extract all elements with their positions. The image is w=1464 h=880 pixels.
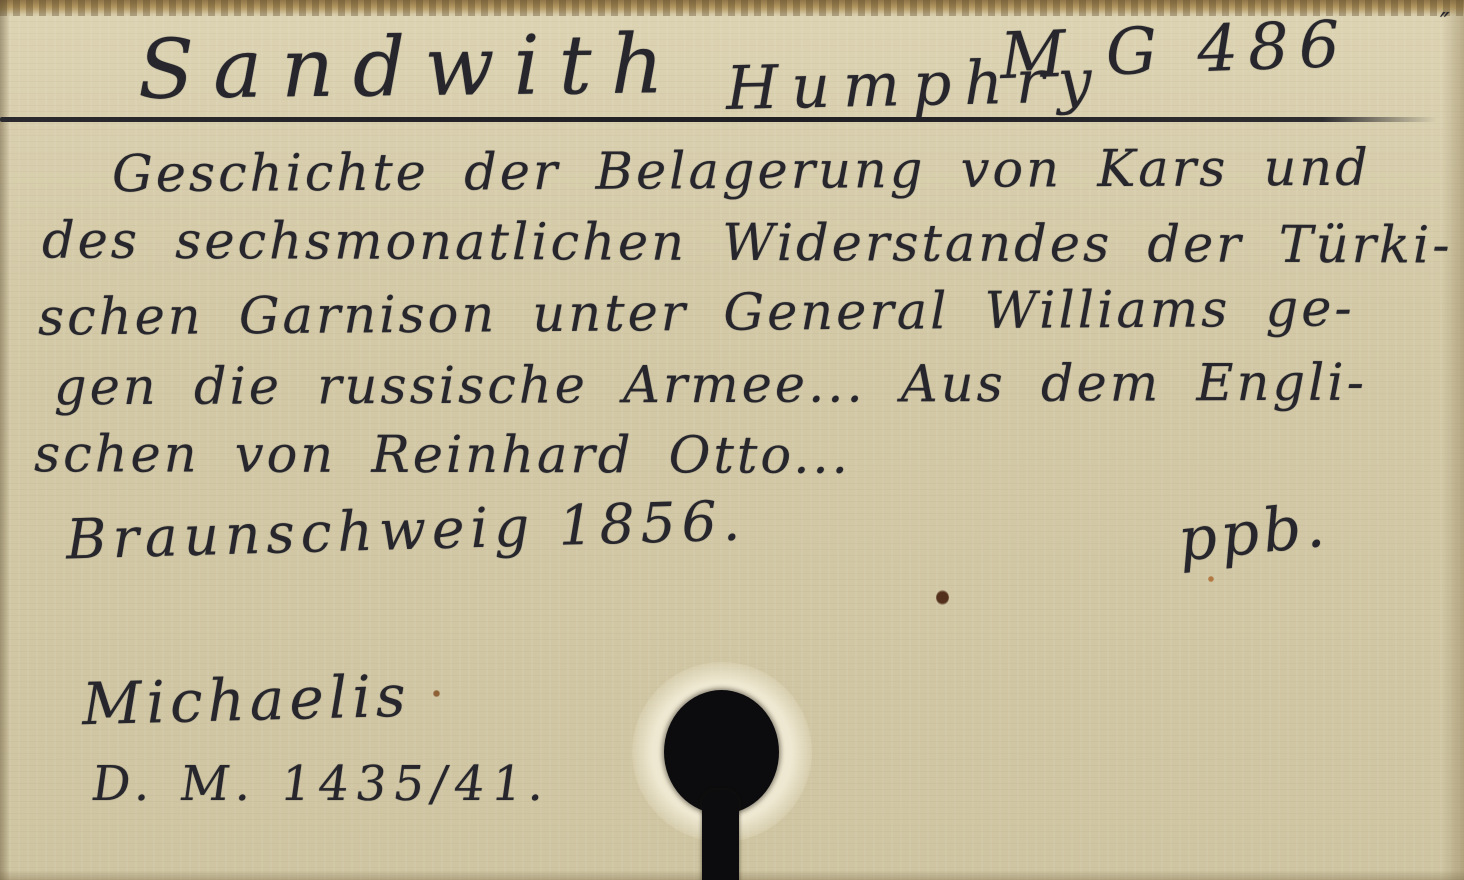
heading-rule [0,117,1437,122]
binding-note: ppb. [1175,490,1332,575]
title-line-5: schen von Reinhard Otto... [34,425,851,485]
accession-number: D. M. 1435/41. [88,756,555,812]
stain-spot [1208,576,1214,582]
title-line-4: gen die russische Armee... Aus dem Engli… [54,354,1367,418]
title-line-3: schen Garnison unter General Williams ge… [38,279,1355,347]
card-right-edge [1442,0,1464,880]
title-line-2: des sechsmonatlichen Widerstandes der Tü… [42,212,1453,276]
stain-spot [936,590,949,605]
punch-hole-slit [702,790,739,880]
shelfmark: M G 486 [999,8,1351,94]
shelfmark-ditto-mark: ″ [1440,8,1450,38]
title-line-1: Geschichte der Belagerung von Kars und [112,139,1371,205]
stain-spot [433,690,440,697]
catalog-card: Sandwith Humphry M G 486 ″ Geschichte de… [0,0,1464,880]
card-left-edge [0,0,10,880]
cataloger-name: Michaelis [81,662,411,739]
imprint-place-year: Braunschweig 1856. [65,489,747,572]
heading-surname: Sandwith [138,17,684,118]
